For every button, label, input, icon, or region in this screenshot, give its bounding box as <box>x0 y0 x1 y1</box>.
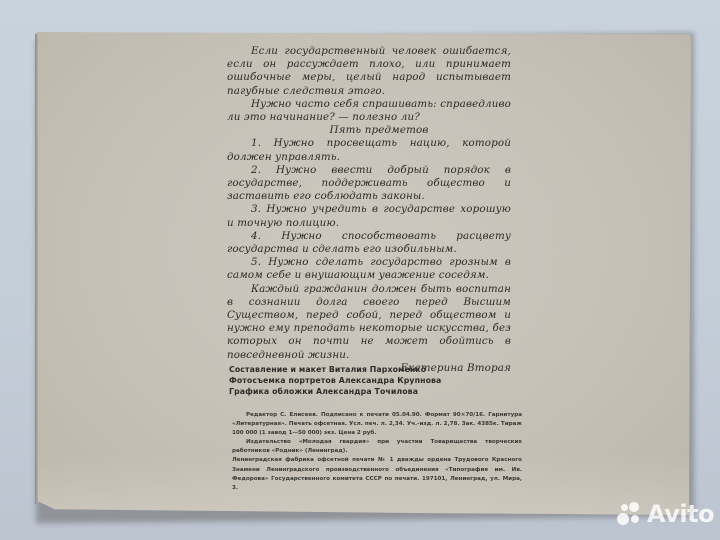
paragraph: Нужно часто себя спрашивать: справедливо… <box>227 98 511 124</box>
list-item: 5. Нужно сделать государство грозным в с… <box>227 256 511 282</box>
paragraph: Каждый гражданин должен быть воспитан в … <box>227 283 511 362</box>
imprint-paragraph: Ленинградская фабрика офсетной печати № … <box>232 456 522 492</box>
section-heading: Пять предметов <box>227 124 511 137</box>
credits-block: Составление и макет Виталия Пархоменко Ф… <box>229 364 489 397</box>
credit-line: Фотосъемка портретов Александра Крупнова <box>229 375 489 386</box>
imprint-paragraph: Издательство «Молодая гвардия» при участ… <box>232 438 522 456</box>
list-item: 4. Нужно способствовать расцвету государ… <box>227 230 511 256</box>
avito-watermark: Avito <box>617 500 714 528</box>
list-item: 1. Нужно просвещать нацию, которой долже… <box>227 137 511 163</box>
imprint-paragraph: Редактор С. Елисеев. Подписано к печати … <box>232 411 522 438</box>
watermark-text: Avito <box>647 500 714 528</box>
paragraph: Если государственный человек ошибается, … <box>227 45 511 98</box>
credit-line: Графика обложки Александра Точилова <box>229 386 489 397</box>
avito-dots-icon <box>617 502 644 526</box>
list-item: 2. Нужно ввести добрый порядок в государ… <box>227 164 511 204</box>
list-item: 3. Нужно учредить в государстве хорошую … <box>227 203 511 229</box>
page-edge <box>35 34 38 504</box>
imprint-block: Редактор С. Елисеев. Подписано к печати … <box>232 411 522 493</box>
quote-text-block: Если государственный человек ошибается, … <box>227 45 511 375</box>
credit-line: Составление и макет Виталия Пархоменко <box>229 364 489 375</box>
